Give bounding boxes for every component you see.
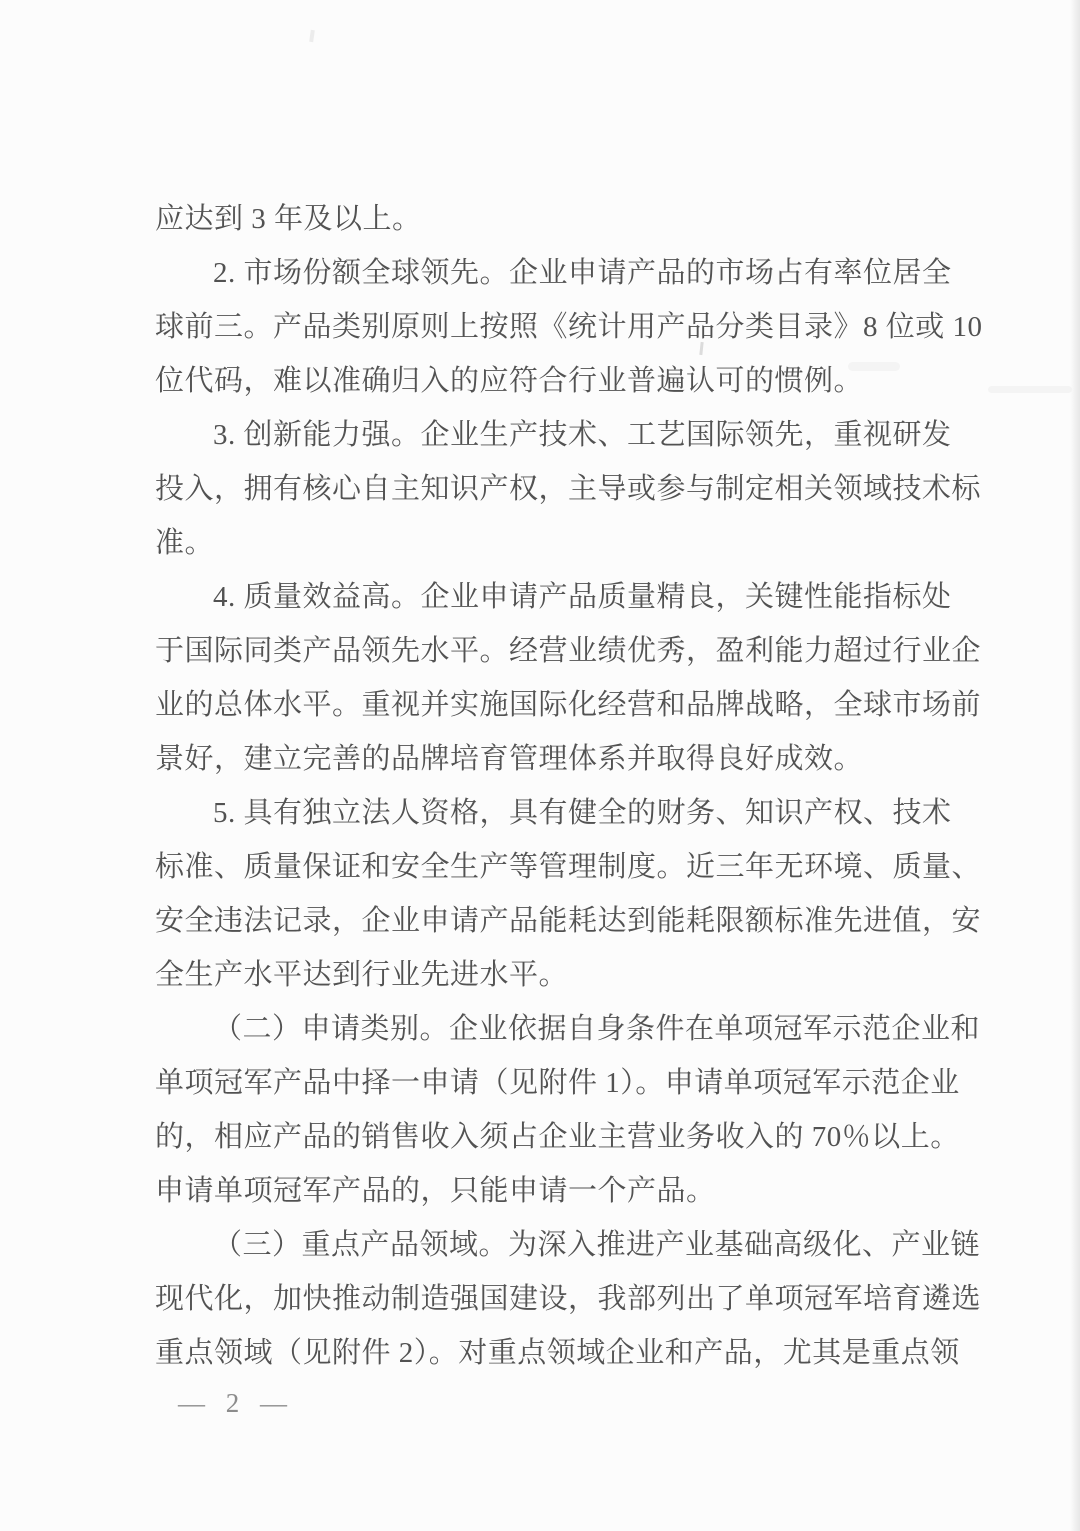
text-line: 景好，建立完善的品牌培育管理体系并取得良好成效。 xyxy=(155,732,995,786)
scan-smudge-artifact xyxy=(309,30,315,42)
text-line: 应达到 3 年及以上。 xyxy=(155,192,995,246)
text-line: 申请单项冠军产品的，只能申请一个产品。 xyxy=(155,1164,995,1218)
text-line: 5. 具有独立法人资格，具有健全的财务、知识产权、技术 xyxy=(155,786,995,840)
scan-edge-shadow xyxy=(1070,0,1080,1531)
document-page: 应达到 3 年及以上。2. 市场份额全球领先。企业申请产品的市场占有率位居全球前… xyxy=(0,0,1080,1531)
text-line: （二）申请类别。企业依据自身条件在单项冠军示范企业和 xyxy=(155,1002,995,1056)
text-line: 的，相应产品的销售收入须占企业主营业务收入的 70％以上。 xyxy=(155,1110,995,1164)
text-line: 准。 xyxy=(155,516,995,570)
text-line: 于国际同类产品领先水平。经营业绩优秀，盈利能力超过行业企 xyxy=(155,624,995,678)
text-line: 现代化，加快推动制造强国建设，我部列出了单项冠军培育遴选 xyxy=(155,1272,995,1326)
page-number: — 2 — xyxy=(178,1386,294,1420)
text-line: 3. 创新能力强。企业生产技术、工艺国际领先，重视研发 xyxy=(155,408,995,462)
text-line: 单项冠军产品中择一申请（见附件 1）。申请单项冠军示范企业 xyxy=(155,1056,995,1110)
text-line: 业的总体水平。重视并实施国际化经营和品牌战略，全球市场前 xyxy=(155,678,995,732)
text-line: 投入，拥有核心自主知识产权，主导或参与制定相关领域技术标 xyxy=(155,462,995,516)
text-line: 安全违法记录，企业申请产品能耗达到能耗限额标准先进值，安 xyxy=(155,894,995,948)
text-line: 标准、质量保证和安全生产等管理制度。近三年无环境、质量、 xyxy=(155,840,995,894)
scan-smudge-artifact xyxy=(988,386,1072,393)
text-line: 重点领域（见附件 2）。对重点领域企业和产品，尤其是重点领 xyxy=(155,1326,995,1380)
text-line: 全生产水平达到行业先进水平。 xyxy=(155,948,995,1002)
text-line: （三）重点产品领域。为深入推进产业基础高级化、产业链 xyxy=(155,1218,995,1272)
text-line: 2. 市场份额全球领先。企业申请产品的市场占有率位居全 xyxy=(155,246,995,300)
text-line: 4. 质量效益高。企业申请产品质量精良，关键性能指标处 xyxy=(155,570,995,624)
text-line: 球前三。产品类别原则上按照《统计用产品分类目录》8 位或 10 xyxy=(155,300,995,354)
scan-smudge-artifact xyxy=(848,362,900,371)
